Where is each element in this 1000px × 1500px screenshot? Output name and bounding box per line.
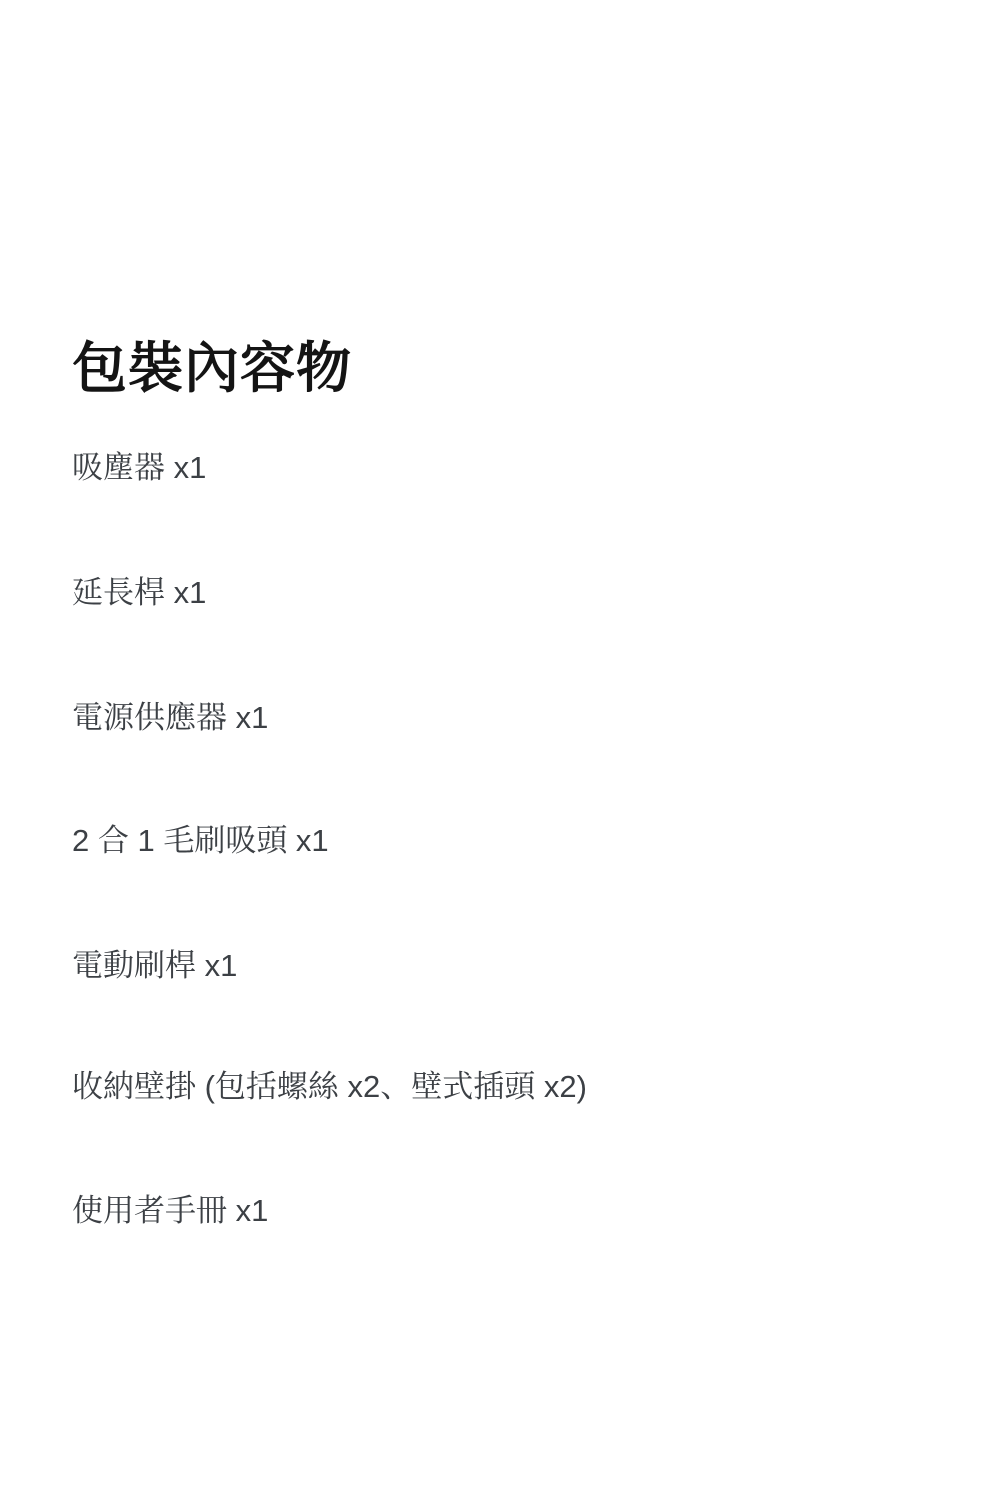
- page-title: 包裝內容物: [72, 337, 352, 400]
- list-item-extension-rod: 延長桿 x1: [72, 574, 206, 611]
- package-contents-page: 包裝內容物 吸塵器 x1 延長桿 x1 電源供應器 x1 2 合 1 毛刷吸頭 …: [0, 0, 1000, 1500]
- list-item-vacuum: 吸塵器 x1: [72, 449, 206, 486]
- list-item-2in1-brush-nozzle: 2 合 1 毛刷吸頭 x1: [72, 822, 329, 859]
- list-item-user-manual: 使用者手冊 x1: [72, 1192, 268, 1229]
- list-item-power-adapter: 電源供應器 x1: [72, 699, 268, 736]
- list-item-electric-brush-bar: 電動刷桿 x1: [72, 947, 237, 984]
- list-item-wall-mount: 收納壁掛 (包括螺絲 x2、壁式插頭 x2): [72, 1068, 587, 1105]
